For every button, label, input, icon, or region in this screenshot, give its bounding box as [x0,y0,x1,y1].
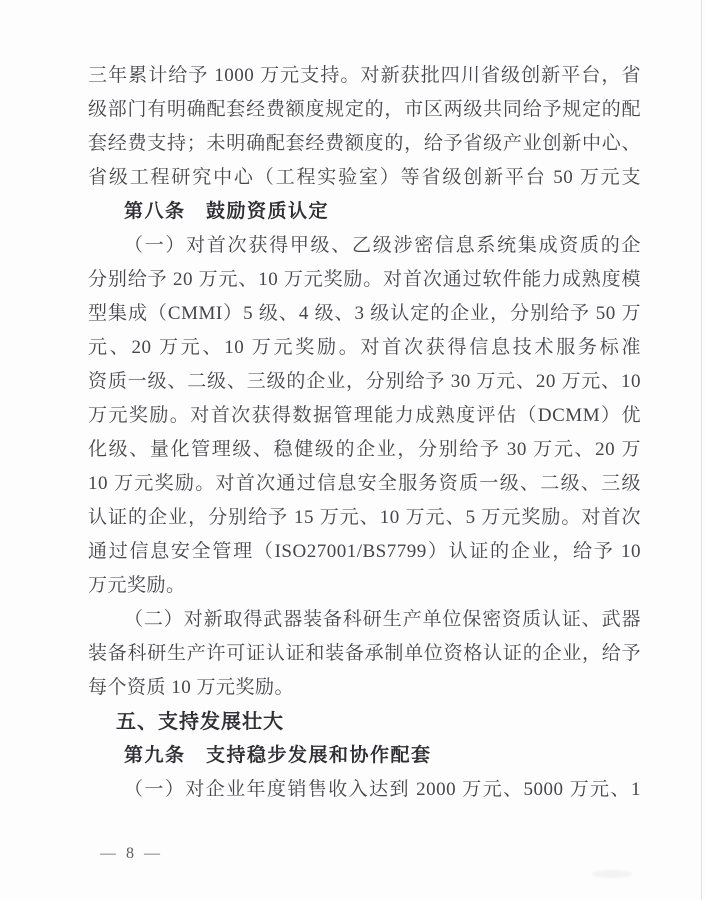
text-line: 资质一级、二级、三级的企业，分别给予 30 万元、20 万元、10 [88,365,641,399]
text-line: 认证的企业，分别给予 15 万元、10 万元、5 万元奖励。对首次 [88,501,641,535]
text-line: 通过信息安全管理（ISO27001/BS7799）认证的企业，给予 10 [88,535,641,569]
document-text-block: 三年累计给予 1000 万元支持。对新获批四川省级创新平台，省级部门有明确配套经… [88,59,641,807]
text-line: 省级工程研究中心（工程实验室）等省级创新平台 50 万元支持。 [88,161,641,195]
text-line: 元、20 万元、10 万元奖励。对首次获得信息技术服务标准（ITSS） [88,331,641,365]
text-line: 万元奖励。对首次获得数据管理能力成熟度评估（DCMM）优 [88,399,641,433]
text-line: （一）对首次获得甲级、乙级涉密信息系统集成资质的企业， [88,229,641,263]
scan-edge-shadow [701,0,702,900]
text-line: 万元奖励。 [88,569,641,603]
text-line: 型集成（CMMI）5 级、4 级、3 级认定的企业，分别给予 50 万 [88,297,641,331]
text-line: 五、支持发展壮大 [88,705,641,739]
text-line: 10 万元奖励。对首次通过信息安全服务资质一级、二级、三级 [88,467,641,501]
scan-smudge-artifact [592,870,632,878]
text-line: 第八条 鼓励资质认定 [88,195,641,229]
text-line: （二）对新取得武器装备科研生产单位保密资质认证、武器 [88,603,641,637]
document-page: 三年累计给予 1000 万元支持。对新获批四川省级创新平台，省级部门有明确配套经… [0,0,705,900]
text-line: 分别给予 20 万元、10 万元奖励。对首次通过软件能力成熟度模 [88,263,641,297]
text-line: 级部门有明确配套经费额度规定的，市区两级共同给予规定的配 [88,93,641,127]
text-line: 套经费支持；未明确配套经费额度的，给予省级产业创新中心、 [88,127,641,161]
text-line: 装备科研生产许可证认证和装备承制单位资格认证的企业，给予 [88,637,641,671]
text-line: 每个资质 10 万元奖励。 [88,671,641,705]
text-line: 第九条 支持稳步发展和协作配套 [88,739,641,773]
text-line: （一）对企业年度销售收入达到 2000 万元、5000 万元、1 [88,773,641,807]
page-number: — 8 — [100,845,163,863]
text-line: 三年累计给予 1000 万元支持。对新获批四川省级创新平台，省 [88,59,641,93]
text-line: 化级、量化管理级、稳健级的企业，分别给予 30 万元、20 万元、 [88,433,641,467]
